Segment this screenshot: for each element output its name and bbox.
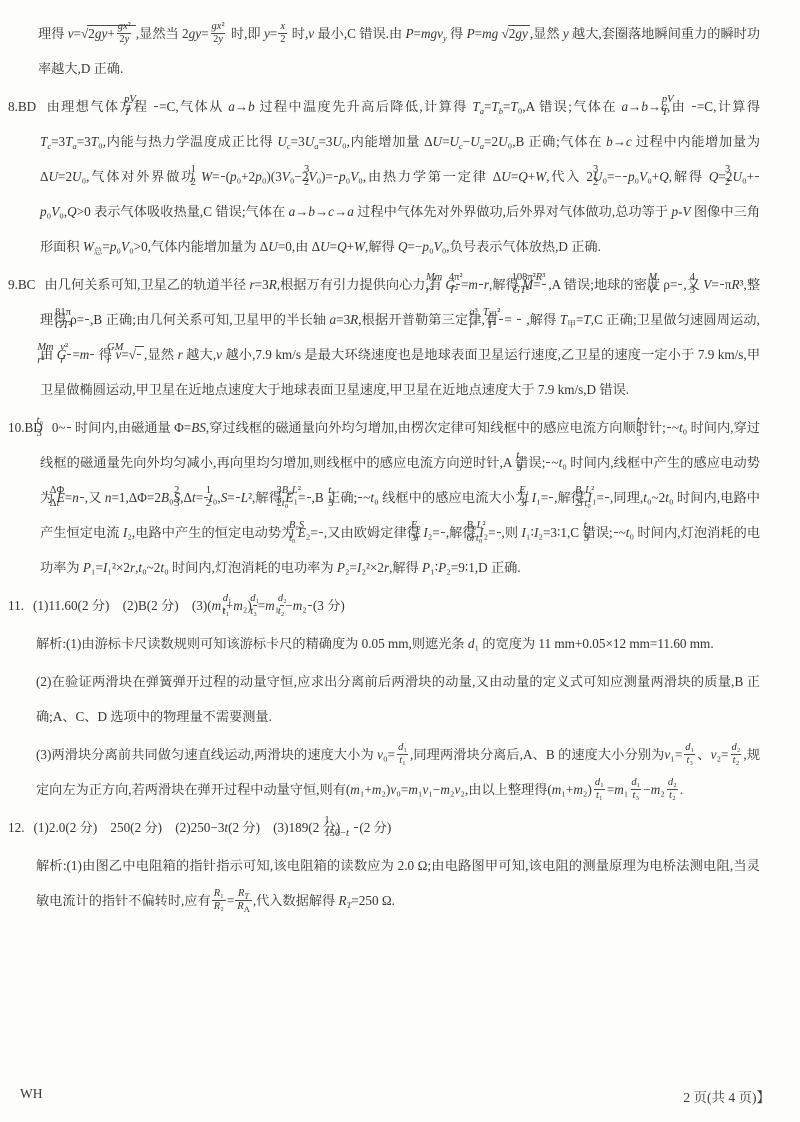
page: 理得 v=√2gy+gx²2y,显然当 2gy=gx²2y 时,即 y=x2 时… xyxy=(0,0,800,1122)
item12-answers-text: (1)2.0(2 分) 250(2 分) (2)250−3t(2 分) (3)1… xyxy=(33,820,391,835)
item8-number-and-answer: 8.BD xyxy=(8,99,36,114)
item10-solution-text: 0~t₀3 时间内,由磁通量 Φ=BS,穿过线框的磁通量向外均匀增加,由楞次定律… xyxy=(40,420,760,575)
item9-solution-text: 由几何关系可知,卫星乙的轨道半径 r=3R,根据万有引力提供向心力,有 GMmr… xyxy=(40,277,760,397)
footer-page-indicator: 2 页(共 4 页)】 xyxy=(683,1086,770,1106)
item12-number: 12. xyxy=(8,820,24,835)
item11-number: 11. xyxy=(8,598,24,613)
item11-analysis-part1: 解析:(1)由游标卡尺读数规则可知该游标卡尺的精确度为 0.05 mm,则遮光条… xyxy=(8,626,760,661)
paragraph-question7-continuation: 理得 v=√2gy+gx²2y,显然当 2gy=gx²2y 时,即 y=x2 时… xyxy=(8,16,760,86)
footer-reviewer-code: WH xyxy=(20,1086,43,1106)
answer-item-8: 8.BD由理想气体方程 pVT=C,气体从 a→b 过程中温度先升高后降低,计算… xyxy=(8,89,760,264)
answer-item-12: 12.(1)2.0(2 分) 250(2 分) (2)250−3t(2 分) (… xyxy=(8,810,760,845)
item9-number-and-answer: 9.BC xyxy=(8,277,35,292)
item11-analysis-part2: (2)在验证两滑块在弹簧弹开过程的动量守恒,应求出分离前后两滑块的动量,又由动量… xyxy=(8,664,760,734)
answer-item-10: 10.BD0~t₀3 时间内,由磁通量 Φ=BS,穿过线框的磁通量向外均匀增加,… xyxy=(8,410,760,585)
item12-analysis-part1: 解析:(1)由图乙中电阻箱的指针指示可知,该电阻箱的读数应为 2.0 Ω;由电路… xyxy=(8,848,760,918)
item8-solution-text: 由理想气体方程 pVT=C,气体从 a→b 过程中温度先升高后降低,计算得 Ta… xyxy=(40,99,760,254)
item11-answers-text: (1)11.60(2 分) (2)B(2 分) (3)(m₁+m₂)d₁t₁=m… xyxy=(33,598,345,613)
answer-sheet: 理得 v=√2gy+gx²2y,显然当 2gy=gx²2y 时,即 y=x2 时… xyxy=(0,0,800,918)
question7-solution-text: 理得 v=√2gy+gx²2y,显然当 2gy=gx²2y 时,即 y=x2 时… xyxy=(38,26,760,76)
answer-item-9: 9.BC由几何关系可知,卫星乙的轨道半径 r=3R,根据万有引力提供向心力,有 … xyxy=(8,267,760,407)
item11-analysis-part3: (3)两滑块分离前共同做匀速直线运动,两滑块的速度大小为 v₀=d₁t₁,同理两… xyxy=(8,737,760,807)
answer-item-11: 11.(1)11.60(2 分) (2)B(2 分) (3)(m₁+m₂)d₁t… xyxy=(8,588,760,623)
page-footer: WH 2 页(共 4 页)】 xyxy=(0,1086,800,1106)
